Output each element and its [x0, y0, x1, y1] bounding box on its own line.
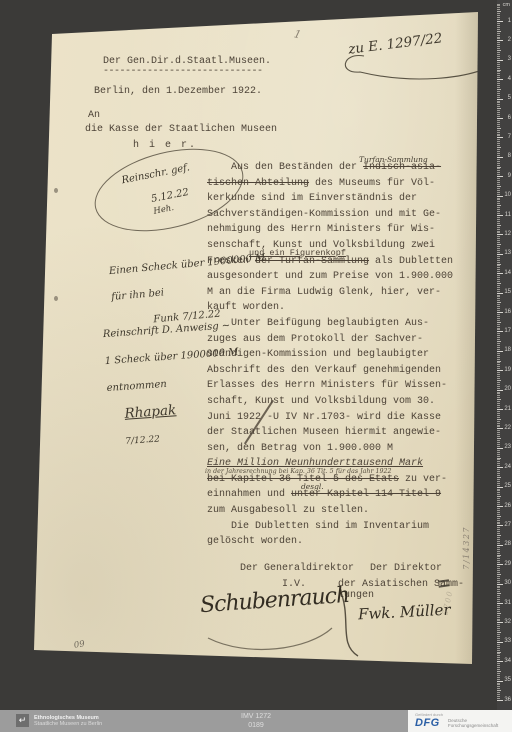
- ruler-tick: [497, 207, 500, 208]
- margin-note-2: Reinschrift D. Anweisg ~ 1 Scheck über 1…: [83, 305, 247, 478]
- ruler-tick: [497, 494, 500, 495]
- ruler-tick: [497, 496, 501, 497]
- ruler-tick: [497, 50, 501, 51]
- typed-text: Erlasses des Herrn Ministers für Wissen-: [207, 380, 447, 391]
- ruler-tick: [497, 512, 500, 513]
- ruler-tick: [497, 525, 503, 526]
- ruler-tick: [497, 77, 500, 78]
- ruler-tick: [497, 95, 500, 96]
- ruler-tick: [497, 267, 500, 268]
- ruler-tick: [497, 124, 500, 125]
- ruler-tick: [497, 514, 500, 515]
- ruler-tick: [497, 38, 500, 39]
- ruler-tick: [497, 99, 503, 100]
- typed-text: einnahmen und: [207, 489, 291, 500]
- typed-line: tischen Abteilung des Museums für Völ-: [207, 178, 465, 194]
- ruler-tick: [497, 70, 501, 71]
- ruler-number: 21: [504, 406, 511, 413]
- ruler-number: 15: [504, 289, 511, 296]
- ruler-tick: [497, 300, 500, 301]
- ruler-tick: [497, 54, 500, 55]
- ruler-tick: [497, 234, 503, 235]
- ruler-tick: [497, 151, 500, 152]
- ruler-tick: [497, 593, 501, 594]
- ruler-tick: [497, 225, 501, 226]
- ruler-tick: [497, 159, 500, 160]
- document-page: Der Gen.Dir.d.Staatl.Museen. -----------…: [30, 10, 482, 668]
- ruler-tick: [497, 66, 500, 67]
- ruler-tick: [497, 60, 503, 61]
- ruler-tick: [497, 603, 503, 604]
- ruler-tick: [497, 312, 503, 313]
- ruler-tick: [497, 157, 503, 158]
- ruler-tick: [497, 147, 501, 148]
- ruler-tick: [497, 170, 500, 171]
- ruler-tick: [497, 108, 501, 109]
- ruler-number: 18: [504, 347, 511, 354]
- ruler-tick: [497, 673, 500, 674]
- ruler-tick: [497, 624, 500, 625]
- ruler-tick: [497, 393, 500, 394]
- typed-text: nehmigung des Herrn Ministers für Wis-: [207, 224, 435, 235]
- ruler-tick: [497, 106, 500, 107]
- ruler-tick: [497, 308, 500, 309]
- ruler-unit-label: cm: [503, 2, 510, 8]
- ruler-tick: [497, 419, 501, 420]
- ruler-number: 12: [504, 231, 511, 238]
- typed-text: zu ver-: [399, 474, 447, 485]
- ruler-tick: [497, 479, 500, 480]
- ruler-tick: [497, 566, 500, 567]
- ruler-tick: [497, 227, 500, 228]
- ruler-tick: [497, 25, 500, 26]
- ruler-number: 22: [504, 425, 511, 432]
- ruler-number: 23: [504, 444, 511, 451]
- dfg-logo: DFG: [415, 717, 440, 729]
- ruler-tick: [497, 409, 503, 410]
- ruler-tick: [497, 339, 500, 340]
- ruler-tick: [497, 473, 500, 474]
- ruler-number: 19: [504, 367, 511, 374]
- ruler-tick: [497, 543, 500, 544]
- ruler-tick: [497, 149, 500, 150]
- ruler-number: 4: [508, 76, 511, 83]
- typed-line: schaft, Kunst und Volksbildung vom 30.: [207, 396, 465, 412]
- ruler-tick: [497, 229, 500, 230]
- ruler-tick: [497, 97, 500, 98]
- ruler-tick: [497, 351, 503, 352]
- ruler-tick: [497, 372, 500, 373]
- ruler-tick: [497, 597, 500, 598]
- ruler-tick: [497, 388, 500, 389]
- typed-text: des Museums für Völ-: [309, 178, 435, 189]
- ruler-tick: [497, 260, 500, 261]
- ruler-number: 31: [504, 600, 511, 607]
- file-reference-flourish: [330, 40, 500, 84]
- ruler-tick: [497, 671, 501, 672]
- ruler-tick: [497, 79, 503, 80]
- ruler-tick: [497, 620, 500, 621]
- ruler-tick: [497, 399, 501, 400]
- ruler-tick: [497, 642, 503, 643]
- ruler-tick: [497, 283, 501, 284]
- ruler-tick: [497, 477, 501, 478]
- ruler-tick: [497, 345, 500, 346]
- ruler-tick: [497, 174, 500, 175]
- ruler-tick: [497, 675, 500, 676]
- ruler-tick: [497, 652, 501, 653]
- ruler-tick: [497, 110, 500, 111]
- ruler-tick: [497, 161, 500, 162]
- ruler-tick: [497, 613, 501, 614]
- ruler-tick: [497, 168, 500, 169]
- ruler-tick: [497, 650, 500, 651]
- ruler-tick: [497, 504, 500, 505]
- ruler-tick: [497, 182, 500, 183]
- ruler-tick: [497, 279, 500, 280]
- ruler-tick: [497, 555, 501, 556]
- received-stamp-text: Reinschr. gef. 5.12.22 Heh.: [121, 162, 200, 234]
- footer-bar: ↵ Ethnologisches Museum Staatliche Musee…: [0, 710, 512, 732]
- dfg-wordmark-line-2: Forschungsgemeinschaft: [448, 723, 498, 728]
- ruler-tick: [497, 376, 500, 377]
- ruler-tick: [497, 607, 500, 608]
- ruler-tick: [497, 615, 500, 616]
- ruler-tick: [497, 572, 500, 573]
- ruler-tick: [497, 397, 500, 398]
- ruler-tick: [497, 56, 500, 57]
- typed-text: zuges aus dem Protokoll der Sachver-: [207, 334, 423, 345]
- ruler-tick: [497, 459, 500, 460]
- ruler-tick: [497, 102, 500, 103]
- ruler-tick: [497, 450, 500, 451]
- ruler-tick: [497, 364, 500, 365]
- received-line-3: Heh.: [153, 203, 175, 217]
- ruler-tick: [497, 21, 503, 22]
- ruler-tick: [497, 529, 500, 530]
- ruler-number: 10: [504, 192, 511, 199]
- ruler-tick: [497, 199, 500, 200]
- ruler-tick: [497, 333, 500, 334]
- ruler-tick: [497, 176, 503, 177]
- ruler-tick: [497, 343, 500, 344]
- ruler-tick: [497, 547, 500, 548]
- ruler-tick: [497, 293, 503, 294]
- ruler-tick: [497, 219, 500, 220]
- ruler-tick: [497, 62, 500, 63]
- typed-text: Abschrift des den Verkauf genehmigenden: [207, 365, 441, 376]
- ruler-tick: [497, 71, 500, 72]
- ruler-tick: [497, 295, 500, 296]
- ruler-tick: [497, 444, 500, 445]
- ruler-tick: [497, 551, 500, 552]
- ruler-tick: [497, 31, 501, 32]
- ruler-tick: [497, 582, 500, 583]
- ruler-tick: [497, 653, 500, 654]
- ruler-number: 1: [508, 18, 511, 25]
- ruler-tick: [497, 490, 500, 491]
- ruler-tick: [497, 440, 500, 441]
- ruler-tick: [497, 335, 500, 336]
- ruler-tick: [497, 231, 500, 232]
- ruler-tick: [497, 17, 500, 18]
- ruler-tick: [497, 172, 500, 173]
- ruler-tick: [497, 556, 500, 557]
- received-line-1: Reinschr. gef.: [121, 162, 191, 186]
- ruler-tick: [497, 700, 503, 701]
- ruler-tick: [497, 217, 500, 218]
- ruler-tick: [497, 75, 500, 76]
- ruler-tick: [497, 5, 500, 6]
- ruler-tick: [497, 33, 500, 34]
- ruler-tick: [497, 626, 500, 627]
- ruler-tick: [497, 527, 500, 528]
- margin-note-2-line-1: Reinschrift D. Anweisg ~: [103, 320, 231, 340]
- ruler-tick: [497, 163, 500, 164]
- ruler-tick: [497, 535, 501, 536]
- ruler-number: 11: [505, 212, 511, 219]
- ruler-tick: [497, 331, 503, 332]
- ruler-tick: [497, 357, 500, 358]
- ruler-tick: [497, 118, 503, 119]
- ruler-tick: [497, 411, 500, 412]
- ruler-tick: [497, 518, 500, 519]
- ruler-number: 35: [504, 677, 511, 684]
- ruler-tick: [497, 465, 500, 466]
- ruler-tick: [497, 35, 500, 36]
- ruler-tick: [497, 636, 500, 637]
- ruler-tick: [497, 452, 500, 453]
- ruler-tick: [497, 167, 501, 168]
- ruler-tick: [497, 475, 500, 476]
- ruler-tick: [497, 646, 500, 647]
- ruler-tick: [497, 58, 500, 59]
- ruler-tick: [497, 655, 500, 656]
- ruler-tick: [497, 461, 500, 462]
- ruler-number: 6: [508, 115, 511, 122]
- ruler-tick: [497, 236, 500, 237]
- ruler-tick: [497, 178, 500, 179]
- ruler-tick: [497, 316, 500, 317]
- ruler-tick: [497, 277, 500, 278]
- dateline: Berlin, den 1.Dezember 1922.: [94, 86, 262, 97]
- ruler-tick: [497, 605, 500, 606]
- ruler-tick: [497, 132, 500, 133]
- ruler-tick: [497, 523, 500, 524]
- ruler-tick: [497, 211, 500, 212]
- ruler-tick: [497, 500, 500, 501]
- ruler-tick: [497, 564, 503, 565]
- ruler-tick: [497, 683, 500, 684]
- ruler-tick: [497, 403, 500, 404]
- ruler-tick: [497, 609, 500, 610]
- ruler-tick: [497, 366, 500, 367]
- ruler-tick: [497, 254, 503, 255]
- ruler-tick: [497, 310, 500, 311]
- ruler-tick: [497, 15, 500, 16]
- ruler-tick: [497, 677, 500, 678]
- ruler-tick: [497, 258, 500, 259]
- ruler-tick: [497, 423, 500, 424]
- ruler-tick: [497, 44, 500, 45]
- ruler-tick: [497, 347, 500, 348]
- ruler-tick: [497, 353, 500, 354]
- margin-note-2-signature: Rhapak: [124, 404, 177, 421]
- ruler-tick: [497, 669, 500, 670]
- ruler-tick: [497, 281, 500, 282]
- ruler-tick: [497, 137, 503, 138]
- ruler-tick: [497, 401, 500, 402]
- ruler-number: 14: [504, 270, 511, 277]
- ruler-number: 7: [508, 134, 511, 141]
- ruler-tick: [497, 52, 500, 53]
- ruler-tick: [497, 328, 500, 329]
- ruler-tick: [497, 584, 503, 585]
- ruler-tick: [497, 91, 500, 92]
- ruler-tick: [497, 392, 500, 393]
- ruler-tick: [497, 378, 500, 379]
- ruler-tick: [497, 314, 500, 315]
- ruler-tick: [497, 586, 500, 587]
- typed-text: kerkunde sind im Einverständnis der: [207, 193, 417, 204]
- ruler-tick: [497, 188, 500, 189]
- ruler-tick: [497, 492, 500, 493]
- ruler-tick: [497, 298, 500, 299]
- ruler-tick: [497, 446, 500, 447]
- edge-mark-vertical: 7/14327: [462, 526, 471, 570]
- ruler-tick: [497, 250, 500, 251]
- ruler-tick: [497, 64, 500, 65]
- ruler-tick: [497, 690, 501, 691]
- ruler-number: 20: [504, 386, 511, 393]
- margin-note-1-line-1: Einen Scheck über 1900000 M: [109, 252, 266, 277]
- ruler-tick: [497, 522, 500, 523]
- typed-text: Die Dubletten sind im Inventarium: [231, 521, 429, 532]
- ruler-tick: [497, 128, 501, 129]
- ruler-tick: [497, 390, 503, 391]
- ruler-tick: [497, 134, 500, 135]
- ruler-number: 36: [504, 697, 511, 704]
- ruler-tick: [497, 539, 500, 540]
- ruler-tick: [497, 213, 500, 214]
- ruler-tick: [497, 9, 500, 10]
- ruler-tick: [497, 302, 501, 303]
- ruler-tick: [497, 73, 500, 74]
- ruler-tick: [497, 37, 500, 38]
- typed-line: nehmigung des Herrn Ministers für Wis-: [207, 224, 465, 240]
- ruler-tick: [497, 273, 503, 274]
- ruler-tick: [497, 120, 500, 121]
- ruler-tick: [497, 405, 500, 406]
- ruler-tick: [497, 87, 500, 88]
- ruler-tick: [497, 632, 501, 633]
- ruler-tick: [497, 252, 500, 253]
- ruler-tick: [497, 48, 500, 49]
- typed-line: zum Ausgabesoll zu stellen.: [207, 505, 465, 521]
- ruler-tick: [497, 122, 500, 123]
- ruler-tick: [497, 265, 500, 266]
- ruler-tick: [497, 341, 501, 342]
- ruler-number: 13: [504, 250, 511, 257]
- ruler-tick: [497, 562, 500, 563]
- handwritten-insertion: in der Jahresrechnung bei Kap. 36 Tit. 5…: [205, 468, 391, 475]
- ruler-number: 9: [508, 173, 511, 180]
- ruler-tick: [497, 640, 500, 641]
- ruler-tick: [497, 634, 500, 635]
- ruler-number: 29: [504, 561, 511, 568]
- typed-text: gelöscht worden.: [207, 536, 303, 547]
- ruler: cm 1234567891011121314151617181920212223…: [497, 0, 512, 710]
- ruler-tick: [497, 415, 500, 416]
- ruler-tick: [497, 425, 500, 426]
- typed-line: Aus den Beständen der Indisch-asia-Turfa…: [207, 162, 465, 178]
- typed-text: Aus den Beständen der: [231, 162, 363, 173]
- ruler-tick: [497, 382, 500, 383]
- margin-note-2-line-3: entnommen: [106, 378, 167, 393]
- ruler-tick: [497, 198, 500, 199]
- ruler-tick: [497, 40, 503, 41]
- ruler-tick: [497, 165, 500, 166]
- ruler-tick: [497, 384, 500, 385]
- ruler-tick: [497, 289, 500, 290]
- ruler-tick: [497, 362, 500, 363]
- ruler-tick: [497, 580, 500, 581]
- ruler-tick: [497, 46, 500, 47]
- ruler-tick: [497, 458, 501, 459]
- ruler-tick: [497, 291, 500, 292]
- ruler-tick: [497, 454, 500, 455]
- ruler-tick: [497, 190, 500, 191]
- ruler-tick: [497, 322, 501, 323]
- ruler-tick: [497, 42, 500, 43]
- typed-line: bei Kapitel 36 Titel 5 des Etats zu ver-…: [207, 474, 465, 490]
- signature-flourish: [190, 582, 480, 662]
- dfg-box: Gefördert durch DFG Deutsche Forschungsg…: [408, 710, 512, 732]
- ruler-number: 33: [504, 638, 511, 645]
- ruler-tick: [497, 489, 500, 490]
- typed-line: Die Dubletten sind im Inventarium: [207, 521, 465, 537]
- handwritten-insertion: desgl.: [301, 482, 324, 491]
- typed-text: ständigen-Kommission und beglaubigter: [207, 349, 429, 360]
- received-line-2: 5.12.22: [150, 187, 190, 205]
- ruler-tick: [497, 638, 500, 639]
- ruler-tick: [497, 471, 500, 472]
- ruler-tick: [497, 574, 501, 575]
- ruler-tick: [497, 4, 500, 5]
- ruler-number: 27: [504, 522, 511, 529]
- ruler-tick: [497, 242, 500, 243]
- ruler-tick: [497, 201, 500, 202]
- ruler-number: 24: [504, 464, 511, 471]
- ruler-tick: [497, 368, 500, 369]
- ruler-tick: [497, 215, 503, 216]
- ruler-tick: [497, 11, 501, 12]
- ruler-tick: [497, 223, 500, 224]
- ruler-tick: [497, 296, 500, 297]
- ruler-tick: [497, 374, 500, 375]
- ruler-tick: [497, 326, 500, 327]
- ruler-tick: [497, 23, 500, 24]
- ruler-tick: [497, 139, 500, 140]
- ruler-tick: [497, 337, 500, 338]
- typed-text: Sachverständigen-Kommission und mit Ge-: [207, 209, 441, 220]
- typed-line: Abschrift des den Verkauf genehmigenden: [207, 365, 465, 381]
- ruler-tick: [497, 516, 501, 517]
- ruler-tick: [497, 101, 500, 102]
- ruler-tick: [497, 570, 500, 571]
- typed-line: Sachverständigen-Kommission und mit Ge-: [207, 209, 465, 225]
- paper-speck: [54, 188, 58, 193]
